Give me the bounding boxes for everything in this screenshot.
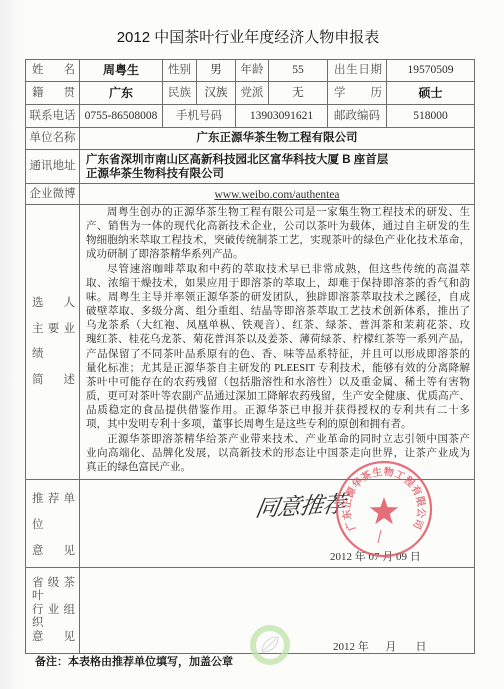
achievements-content: 周粤生创办的正源华茶生物工程有限公司是一家集生物工程技术的研发、生 产、销售为一…: [80, 205, 475, 480]
native-place-label: 籍贯: [26, 82, 80, 105]
age-value: 55: [269, 60, 328, 82]
provincial-label-line: 意见: [32, 631, 75, 645]
weibo-label: 企业微博: [26, 184, 80, 205]
achievement-line: 产、销售为一体的现代化高新技术企业，公司以茶叶为载体，通过自主研发的生: [86, 220, 470, 234]
achievement-line: 破壁萃取、多级分离、组分重组、结晶等即溶茶萃取工艺技术创新体系，推出了: [86, 305, 470, 319]
weibo-cell: www.weibo.com/authentea: [80, 184, 475, 205]
achievement-line: 尽管速溶咖啡萃取和中药的萃取技术早已非常成熟，但这些传统的高温萃: [86, 263, 470, 277]
provincial-opinion-label: 省级茶叶 行业组织 意见: [26, 568, 80, 654]
recommendation-date: 2012 年 07 月 09 日: [330, 550, 421, 564]
address-line: 正源华茶生物科技有限公司: [86, 167, 224, 181]
birth-date-label: 出生日期: [328, 60, 387, 82]
ethnicity-value: 汉族: [197, 82, 236, 105]
paragraph-2: 尽管速溶咖啡萃取和中药的萃取技术早已非常成熟，但这些传统的高温萃 取、浓缩干燥技…: [86, 263, 470, 433]
company-value: 广东正源华茶生物工程有限公司: [80, 128, 475, 150]
education-label: 学历: [328, 82, 387, 105]
achievements-text: 周粤生创办的正源华茶生物工程有限公司是一家集生物工程技术的研发、生 产、销售为一…: [86, 206, 470, 475]
achievement-line: 业向高端化、品牌化发展，以高新技术的形态让中国茶走向世界，让茶产业成为: [86, 447, 470, 461]
gender-label: 性别: [163, 60, 197, 82]
ethnicity-label: 民族: [163, 82, 197, 105]
phone-value: 0755-86508008: [80, 105, 163, 128]
achievement-line: 量化标准；尤其是正源华茶自主研发的 PLEESIT 专利技术，能够有效的分离降解: [86, 362, 470, 376]
achievement-line: 乌龙茶系（大红袍、凤凰单枞、铁观音）、红茶、绿茶、普洱茶和茉莉花茶、玫: [86, 319, 470, 333]
provincial-label-line: 省级茶叶: [32, 577, 75, 604]
achievement-line: 真正的绿色富民产业。: [86, 461, 470, 475]
gender-value: 男: [197, 60, 236, 82]
achievement-line: 茶叶中可能存在的农药残留（包括脂溶性和水溶性）以及重金属、稀土等有害物: [86, 376, 470, 390]
address-line: 广东省深圳市南山区高新科技园北区富华科技大厦 B 座首层: [86, 153, 388, 167]
achievement-line: 物细胞纳米萃取工程技术，突破传统制茶工艺，实现茶叶的绿色产业化技术革命，: [86, 234, 470, 248]
achievement-line: 产品保留了不同茶叶品系原有的色、香、味等品系特征，并且可以形成即溶茶的: [86, 348, 470, 362]
achievements-label-line: 主要业绩: [32, 317, 75, 368]
name-label: 姓名: [26, 60, 80, 82]
achievements-label-line: 选人: [32, 291, 75, 317]
weibo-link[interactable]: www.weibo.com/authentea: [214, 189, 339, 201]
postcode-label: 邮政编码: [328, 105, 387, 128]
achievement-line: 瑰红茶、桂花乌龙茶、菊花普洱茶以及姜茶、薄荷绿茶、柠檬红茶等一系列产品，: [86, 333, 470, 347]
phone-label: 联系电话: [26, 105, 80, 128]
achievements-label-line: 简述: [32, 368, 75, 394]
provincial-opinion-content: 2012 年 月 日: [80, 568, 475, 654]
achievement-line: 质，更可对茶叶等农副产品通过深加工降解农药残留，生产安全健康、优质高产、: [86, 390, 470, 404]
achievement-line: 正源华茶即溶茶精华给茶产业带来技术、产业革命的同时立志引领中国茶产: [86, 433, 470, 447]
address-label: 通讯地址: [26, 150, 80, 184]
paragraph-1: 周粤生创办的正源华茶生物工程有限公司是一家集生物工程技术的研发、生 产、销售为一…: [86, 206, 470, 263]
education-value: 硕士: [387, 82, 475, 105]
achievements-label: 选人 主要业绩 简述: [26, 205, 80, 480]
footer-note: 备注：本表格由推荐单位填写，加盖公章: [35, 655, 233, 669]
name-value: 周粤生: [80, 60, 163, 82]
mobile-label: 手机号码: [163, 105, 236, 128]
achievement-line: 品质稳定的食品提供借鉴作用。正源华茶已申报并获得授权的专利共有二十多: [86, 404, 470, 418]
provincial-opinion-date: 2012 年 月 日: [333, 640, 427, 654]
mobile-value: 13903091621: [236, 105, 328, 128]
recommendation-label: 推荐单位 意见: [26, 480, 80, 568]
address-value: 广东省深圳市南山区高新科技园北区富华科技大厦 B 座首层 正源华茶生物科技有限公…: [80, 150, 475, 184]
achievement-line: 成功研制了即溶茶精华系列产品。: [86, 248, 470, 262]
age-label: 年龄: [236, 60, 269, 82]
provincial-label-line: 行业组织: [32, 604, 75, 631]
party-value: 无: [269, 82, 328, 105]
postcode-value: 518000: [387, 105, 475, 128]
company-label: 单位名称: [26, 128, 80, 150]
recommendation-label-line: 推荐单位: [32, 486, 75, 538]
achievement-line: 取、浓缩干燥技术，如果应用于即溶茶的萃取上，却难于保持即溶茶的香气和韵: [86, 277, 470, 291]
handwritten-signature: 同意推荐: [253, 490, 347, 525]
achievement-line: 味。周粤生主导并率领正源华茶的研发团队，独辟即溶茶萃取技术之蹊径，自成: [86, 291, 470, 305]
page-title: 2012 中国茶叶行业年度经济人物申报表: [0, 29, 496, 47]
recommendation-content: 同意推荐 2012 年 07 月 09 日: [80, 480, 475, 568]
party-label: 党派: [236, 82, 269, 105]
native-place-value: 广东: [80, 82, 163, 105]
achievement-line: 项，其中发明专利十多项，董事长周粤生是这些专利的原创和拥有者。: [86, 418, 470, 432]
recommendation-label-line: 意见: [32, 538, 75, 564]
achievement-line: 周粤生创办的正源华茶生物工程有限公司是一家集生物工程技术的研发、生: [86, 206, 470, 220]
paragraph-3: 正源华茶即溶茶精华给茶产业带来技术、产业革命的同时立志引领中国茶产 业向高端化、…: [86, 433, 470, 475]
birth-date-value: 19570509: [387, 60, 475, 82]
